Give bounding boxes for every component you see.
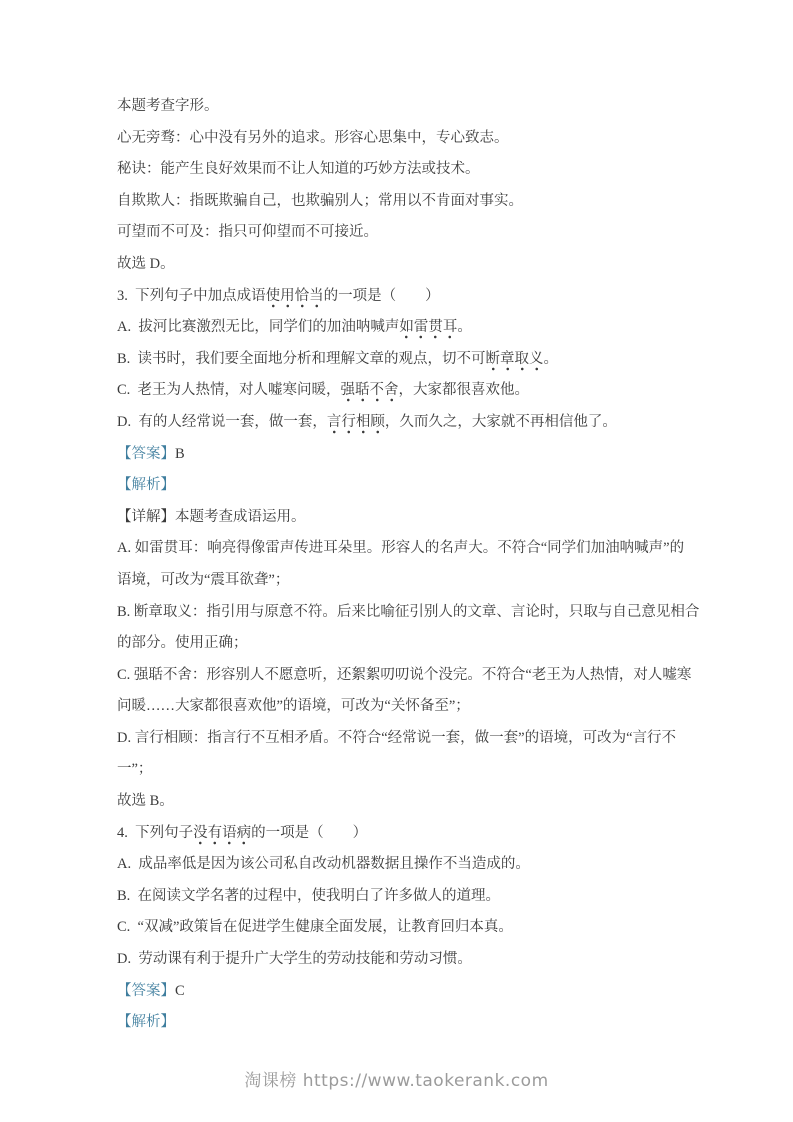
text-span: B. 断章取义：指引用与原意不符。后来比喻征引别人的文章、言论时，只取与自己意见…: [117, 604, 699, 620]
text-span: A. 如雷贯耳：响亮得像雷声传进耳朵里。形容人的名声大。不符合“同学们加油呐喊声…: [117, 540, 684, 556]
emphasized-phrase: 断章取义: [486, 351, 544, 371]
text-span: D. 有的人经常说一套，做一套，: [117, 414, 327, 430]
watermark: 淘课榜 https://www.taokerank.com: [0, 1066, 793, 1091]
text-span: 问暖……大家都很喜欢他”的语境，可改为“关怀备至”；: [117, 698, 470, 714]
document-page: 本题考查字形。心无旁骛：心中没有另外的追求。形容心思集中，专心致志。秘诀：能产生…: [0, 0, 793, 1122]
bracket-label: 【答案】: [117, 983, 175, 999]
text-span: 。: [457, 319, 472, 335]
text-span: C. 强聒不舍：形容别人不愿意听，还絮絮叨叨说个没完。不符合“老王为人热情，对人…: [117, 667, 691, 683]
text-span: 本题考查字形。: [117, 98, 219, 114]
q2-gloss-xinwupangwu: 心无旁骛：心中没有另外的追求。形容心思集中，专心致志。: [117, 123, 717, 155]
text-span: B: [175, 446, 185, 462]
text-span: C. “双减”政策旨在促进学生健康全面发展，让教育回归本真。: [117, 919, 513, 935]
text-span: D. 言行相顾：指言行不互相矛盾。不符合“经常说一套，做一套”的语境，可改为“言…: [117, 730, 676, 746]
text-span: ，大家都很喜欢他。: [399, 382, 530, 398]
q3-explain-a-1: A. 如雷贯耳：响亮得像雷声传进耳朵里。形容人的名声大。不符合“同学们加油呐喊声…: [117, 533, 717, 565]
q3-explain-a-2: 语境，可改为“震耳欲聋”；: [117, 565, 717, 597]
text-span: A. 拔河比赛激烈无比，同学们的加油呐喊声: [117, 319, 399, 335]
document-body: 本题考查字形。心无旁骛：心中没有另外的追求。形容心思集中，专心致志。秘诀：能产生…: [117, 91, 717, 1039]
text-span: 心无旁骛：心中没有另外的追求。形容心思集中，专心致志。: [117, 130, 509, 146]
text-span: 的一项是（ ）: [324, 288, 440, 304]
q3-answer: 【答案】B: [117, 439, 717, 471]
text-span: 的部分。使用正确；: [117, 635, 248, 651]
emphasized-phrase: 使用恰当: [266, 288, 324, 308]
q3-explain-b-1: B. 断章取义：指引用与原意不符。后来比喻征引别人的文章、言论时，只取与自己意见…: [117, 597, 717, 629]
q2-conclusion: 故选 D。: [117, 249, 717, 281]
text-span: A. 成品率低是因为该公司私自改动机器数据且操作不当造成的。: [117, 856, 530, 872]
text-span: 故选 B。: [117, 793, 174, 809]
bracket-label: 【答案】: [117, 446, 175, 462]
q3-option-a: A. 拔河比赛激烈无比，同学们的加油呐喊声如雷贯耳。: [117, 312, 717, 344]
q2-gloss-ziqiqiren: 自欺欺人：指既欺骗自己，也欺骗别人；常用以不肯面对事实。: [117, 186, 717, 218]
text-span: 自欺欺人：指既欺骗自己，也欺骗别人；常用以不肯面对事实。: [117, 193, 523, 209]
q4-answer: 【答案】C: [117, 976, 717, 1008]
q3-explain-d-2: 一”；: [117, 754, 717, 786]
q4-option-a: A. 成品率低是因为该公司私自改动机器数据且操作不当造成的。: [117, 849, 717, 881]
text-span: D. 劳动课有利于提升广大学生的劳动技能和劳动习惯。: [117, 951, 472, 967]
q3-detail-intro: 【详解】本题考查成语运用。: [117, 502, 717, 534]
emphasized-phrase: 强聒不舍: [341, 382, 399, 402]
q4-stem: 4. 下列句子没有语病的一项是（ ）: [117, 818, 717, 850]
text-span: 。: [544, 351, 559, 367]
q3-option-b: B. 读书时，我们要全面地分析和理解文章的观点，切不可断章取义。: [117, 344, 717, 376]
text-span: 一”；: [117, 761, 152, 777]
text-span: 4. 下列句子: [117, 825, 193, 841]
q3-conclusion: 故选 B。: [117, 786, 717, 818]
text-span: B. 在阅读文学名著的过程中，使我明白了许多做人的道理。: [117, 888, 500, 904]
q3-explain-d-1: D. 言行相顾：指言行不互相矛盾。不符合“经常说一套，做一套”的语境，可改为“言…: [117, 723, 717, 755]
q4-option-d: D. 劳动课有利于提升广大学生的劳动技能和劳动习惯。: [117, 944, 717, 976]
q3-stem: 3. 下列句子中加点成语使用恰当的一项是（ ）: [117, 281, 717, 313]
text-span: C. 老王为人热情，对人嘘寒问暖，: [117, 382, 341, 398]
text-span: 秘诀：能产生良好效果而不让人知道的巧妙方法或技术。: [117, 161, 480, 177]
text-span: 的一项是（ ）: [251, 825, 367, 841]
q3-analysis-label: 【解析】: [117, 470, 717, 502]
text-span: B. 读书时，我们要全面地分析和理解文章的观点，切不可: [117, 351, 486, 367]
bracket-label: 【解析】: [117, 1014, 175, 1030]
q2-analysis-intro: 本题考查字形。: [117, 91, 717, 123]
q3-option-d: D. 有的人经常说一套，做一套，言行相顾，久而久之，大家就不再相信他了。: [117, 407, 717, 439]
q4-analysis-label: 【解析】: [117, 1007, 717, 1039]
q4-option-c: C. “双减”政策旨在促进学生健康全面发展，让教育回归本真。: [117, 912, 717, 944]
q3-explain-c-2: 问暖……大家都很喜欢他”的语境，可改为“关怀备至”；: [117, 691, 717, 723]
emphasized-phrase: 言行相顾: [327, 414, 385, 434]
bracket-label: 【解析】: [117, 477, 175, 493]
watermark-text: 淘课榜 https://www.taokerank.com: [244, 1071, 548, 1091]
text-span: 3. 下列句子中加点成语: [117, 288, 266, 304]
text-span: C: [175, 983, 185, 999]
q2-gloss-mijue: 秘诀：能产生良好效果而不让人知道的巧妙方法或技术。: [117, 154, 717, 186]
text-span: ，久而久之，大家就不再相信他了。: [385, 414, 617, 430]
text-span: 【详解】本题考查成语运用。: [117, 509, 306, 525]
q3-explain-b-2: 的部分。使用正确；: [117, 628, 717, 660]
text-span: 语境，可改为“震耳欲聋”；: [117, 572, 289, 588]
emphasized-phrase: 没有语病: [193, 825, 251, 845]
q2-gloss-kewangerbukeji: 可望而不可及：指只可仰望而不可接近。: [117, 217, 717, 249]
q3-option-c: C. 老王为人热情，对人嘘寒问暖，强聒不舍，大家都很喜欢他。: [117, 375, 717, 407]
text-span: 可望而不可及：指只可仰望而不可接近。: [117, 224, 378, 240]
q4-option-b: B. 在阅读文学名著的过程中，使我明白了许多做人的道理。: [117, 881, 717, 913]
q3-explain-c-1: C. 强聒不舍：形容别人不愿意听，还絮絮叨叨说个没完。不符合“老王为人热情，对人…: [117, 660, 717, 692]
emphasized-phrase: 如雷贯耳: [399, 319, 457, 339]
text-span: 故选 D。: [117, 256, 175, 272]
